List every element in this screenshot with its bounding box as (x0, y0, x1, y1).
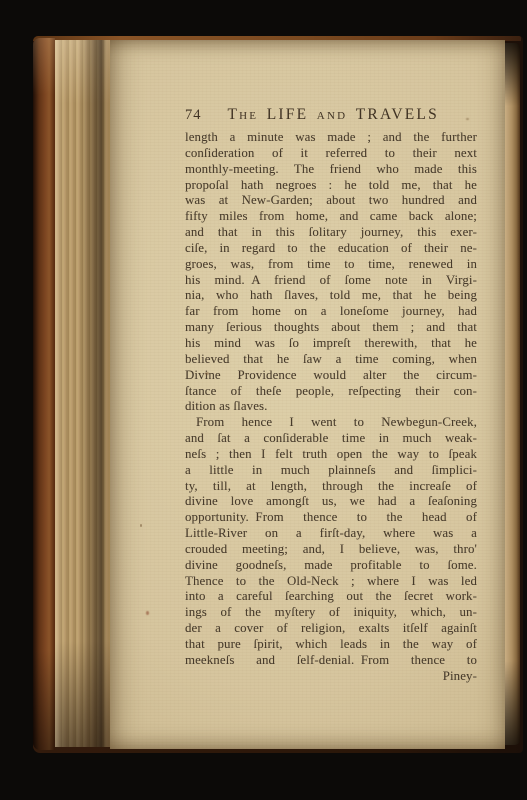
text-line: and ſat a conſiderable time in much weak… (185, 431, 477, 447)
text-line: ings of the myſtery of iniquity, which, … (185, 605, 477, 621)
text-line: that pure ſpirit, which leads in the way… (185, 637, 477, 653)
text-line: divine love amongſt us, we had a ſeaſoni… (185, 494, 477, 510)
text-line: believed that he ſaw a time coming, when (185, 352, 477, 368)
page-text: length a minute was made ; and the furth… (185, 130, 477, 685)
text-line: crouded meeting; and, I believe, was, th… (185, 542, 477, 558)
page-right-curl-edge (505, 43, 520, 745)
text-line: ſtance of theſe people, reſpecting their… (185, 384, 477, 400)
text-line: Thence to the Old-Neck ; where I was led (185, 574, 477, 590)
text-line: Divine Providence would alter the circum… (185, 368, 477, 384)
text-line: Little-River on a firſt-day, where was a (185, 526, 477, 542)
text-line: many ſerious thoughts about them ; and t… (185, 320, 477, 336)
text-line: monthly-meeting. The friend who made thi… (185, 162, 477, 178)
foxing-speck (140, 524, 142, 527)
text-line: his mind. A friend of ſome note in Virgi… (185, 273, 477, 289)
text-line: divine goodneſs, made profitable to ſome… (185, 558, 477, 574)
foxing-speck (146, 611, 149, 615)
book: 74 TheLIFEandTRAVELS length a minute was… (33, 36, 523, 753)
text-line: fifty miles from home, and came back alo… (185, 209, 477, 225)
running-title-word: TRAVELS (356, 106, 439, 123)
book-spine (33, 38, 55, 750)
running-title-word: The (228, 106, 259, 123)
text-line: der a cover of religion, exalts itſelf a… (185, 621, 477, 637)
text-line: From hence I went to Newbegun-Creek, (185, 415, 477, 431)
photo-background: 74 TheLIFEandTRAVELS length a minute was… (0, 0, 527, 800)
book-page: 74 TheLIFEandTRAVELS length a minute was… (110, 40, 505, 749)
text-line: length a minute was made ; and the furth… (185, 130, 477, 146)
text-line: propoſal hath negroes : he told me, that… (185, 178, 477, 194)
text-line: ciſe, in regard to the education of thei… (185, 241, 477, 257)
page-header: 74 TheLIFEandTRAVELS (185, 106, 477, 126)
text-line: groes, was, from time to time, renewed i… (185, 257, 477, 273)
text-line: opportunity. From thence to the head of (185, 510, 477, 526)
text-line: his mind was ſo impreſt therewith, that … (185, 336, 477, 352)
text-line: conſideration of it referred to their ne… (185, 146, 477, 162)
running-title-word: LIFE (267, 106, 309, 123)
text-line: ty, till, at length, through the increaſ… (185, 479, 477, 495)
text-line: a little in much plainneſs and ſimplici- (185, 463, 477, 479)
running-title-word: and (317, 106, 347, 123)
text-line: was at New-Garden; about two hundred and (185, 193, 477, 209)
text-line: and that in this ſolitary journey, this … (185, 225, 477, 241)
text-line: nia, who hath ſlaves, told me, that he b… (185, 288, 477, 304)
page-stack-edges (55, 40, 110, 747)
text-line: Piney- (185, 669, 477, 685)
page-number: 74 (185, 107, 202, 124)
text-line: meekneſs and ſelf-denial. From thence to (185, 653, 477, 669)
text-line: into a careful ſearching out the ſecret … (185, 589, 477, 605)
text-line: far from home on a loneſome journey, had (185, 304, 477, 320)
running-title: TheLIFEandTRAVELS (228, 106, 439, 124)
text-line: dition as ſlaves. (185, 399, 477, 415)
text-line: neſs ; then I felt truth open the way to… (185, 447, 477, 463)
